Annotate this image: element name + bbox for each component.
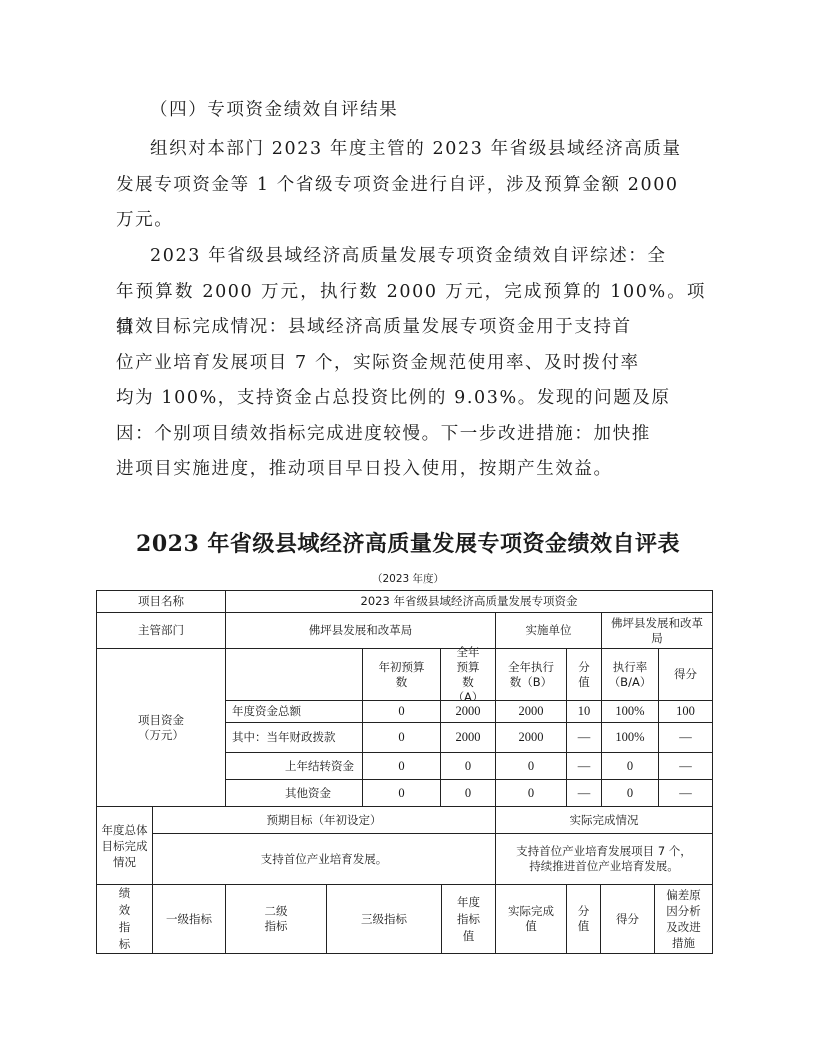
- paragraph-2-line: 绩效目标完成情况：县域经济高质量发展专项资金用于支持首: [116, 310, 706, 346]
- fund-row-score: —: [658, 722, 713, 753]
- paragraph-2-line: 位产业培育发展项目 7 个，实际资金规范使用率、及时拨付率: [116, 346, 706, 382]
- fund-row-executed: 2000: [495, 700, 567, 723]
- paragraph-2-line: 均为 100%，支持资金占总投资比例的 9.03%。发现的问题及原: [116, 381, 706, 417]
- fund-row-score: 100: [658, 700, 713, 723]
- paragraph-1-line: 发展专项资金等 1 个省级专项资金进行自评，涉及预算金额 2000: [116, 168, 706, 204]
- impl-label: 实施单位: [495, 612, 602, 649]
- fund-row-annual: 2000: [440, 722, 496, 753]
- fund-row-annual: 0: [440, 752, 496, 780]
- header-level1: 一级指标: [152, 884, 226, 954]
- header-deviation: 偏差原因分析及改进措施: [654, 884, 713, 954]
- indicator-group-label: 绩效指标: [96, 884, 153, 954]
- goal-expected-value: 支持首位产业培育发展。: [152, 833, 496, 885]
- fund-row-weight: 10: [566, 700, 602, 723]
- dept-label: 主管部门: [96, 612, 226, 649]
- fund-row-label: 上年结转资金: [225, 752, 363, 780]
- header-indicator-weight: 分值: [566, 884, 601, 954]
- section-heading: （四）专项资金绩效自评结果: [150, 96, 398, 121]
- header-annual-target: 年度指标值: [441, 884, 496, 954]
- paragraph-1-line: 万元。: [116, 203, 706, 239]
- funds-label-line: 项目资金: [138, 713, 184, 728]
- fund-row-initial: 0: [362, 779, 441, 807]
- fund-row-weight: —: [566, 752, 602, 780]
- table-title: 2023 年省级县域经济高质量发展专项资金绩效自评表: [0, 527, 816, 558]
- header-level3: 三级指标: [326, 884, 442, 954]
- header-initial-budget: 年初预算数: [362, 648, 441, 701]
- paragraph-2-line: 2023 年省级县域经济高质量发展专项资金绩效自评综述：全: [150, 239, 706, 275]
- fund-row-rate: 100%: [601, 700, 659, 723]
- header-executed: 全年执行数（B）: [495, 648, 567, 701]
- fund-row-label: 其中：当年财政拨款: [225, 722, 363, 753]
- fund-row-initial: 0: [362, 752, 441, 780]
- fund-row-score: —: [658, 752, 713, 780]
- fund-row-rate: 0: [601, 779, 659, 807]
- paragraph-1-line: 组织对本部门 2023 年度主管的 2023 年省级县域经济高质量: [150, 132, 706, 168]
- fund-row-initial: 0: [362, 722, 441, 753]
- header-annual-budget: 全年预算数（A）: [440, 648, 496, 701]
- header-score: 得分: [658, 648, 713, 701]
- header-indicator-score: 得分: [600, 884, 655, 954]
- fund-row-initial: 0: [362, 700, 441, 723]
- table-subtitle: （2023 年度）: [0, 571, 816, 586]
- paragraph-2-line: 因：个别项目绩效指标完成进度较慢。下一步改进措施：加快推: [116, 417, 706, 453]
- fund-row-score: —: [658, 779, 713, 807]
- goal-actual-line: 支持首位产业培育发展项目 7 个，: [516, 844, 692, 859]
- header-weight: 分值: [566, 648, 602, 701]
- goal-expected-header: 预期目标（年初设定）: [152, 806, 496, 834]
- goal-actual-header: 实际完成情况: [495, 806, 713, 834]
- fund-row-weight: —: [566, 779, 602, 807]
- fund-row-label: 其他资金: [225, 779, 363, 807]
- fund-row-annual: 2000: [440, 700, 496, 723]
- funds-label-line: （万元）: [138, 728, 184, 743]
- header-level2: 二级指标: [225, 884, 327, 954]
- header-actual-value: 实际完成值: [495, 884, 567, 954]
- fund-row-executed: 0: [495, 752, 567, 780]
- goal-actual-value: 支持首位产业培育发展项目 7 个， 持续推进首位产业培育发展。: [495, 833, 713, 885]
- fund-row-annual: 0: [440, 779, 496, 807]
- goal-label: 年度总体目标完成情况: [96, 806, 153, 885]
- dept-value: 佛坪县发展和改革局: [225, 612, 496, 649]
- project-name-label: 项目名称: [96, 590, 226, 613]
- paragraph-2-line: 进项目实施进度，推动项目早日投入使用，按期产生效益。: [116, 452, 706, 488]
- funds-header-blank: [225, 648, 363, 701]
- funds-label: 项目资金 （万元）: [96, 648, 226, 807]
- header-exec-rate: 执行率（B/A）: [601, 648, 659, 701]
- fund-row-executed: 2000: [495, 722, 567, 753]
- fund-row-label: 年度资金总额: [225, 700, 363, 723]
- fund-row-rate: 100%: [601, 722, 659, 753]
- fund-row-executed: 0: [495, 779, 567, 807]
- fund-row-weight: —: [566, 722, 602, 753]
- project-name-value: 2023 年省级县域经济高质量发展专项资金: [225, 590, 713, 613]
- fund-row-rate: 0: [601, 752, 659, 780]
- goal-actual-line: 持续推进首位产业培育发展。: [529, 859, 679, 874]
- impl-value: 佛坪县发展和改革局: [601, 612, 713, 649]
